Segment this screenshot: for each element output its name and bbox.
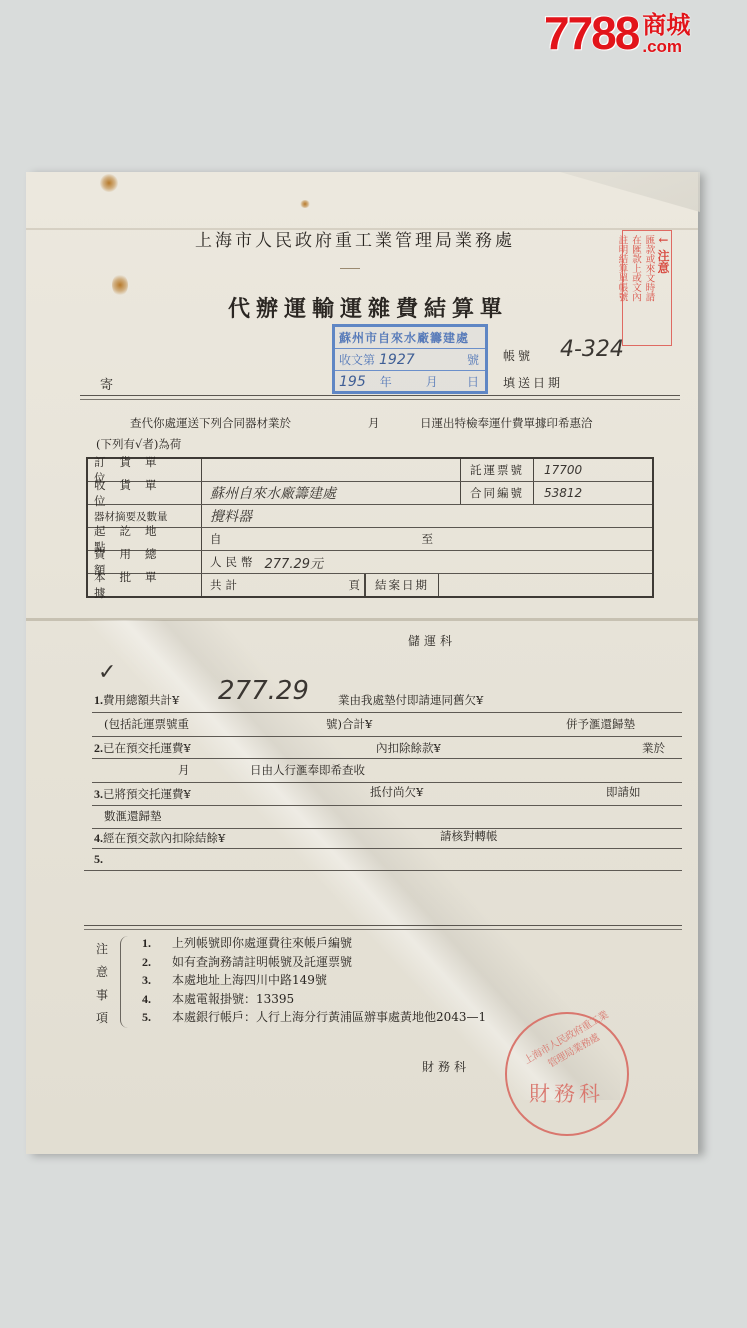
table-row: 收貨單位 蘇州自來水廠籌建處 合同編號 53812 (88, 482, 652, 505)
document-count-field[interactable]: 共計 頁 (202, 574, 365, 596)
intro-text-b: 日運出特檢奉運什費單據印希惠洽 (420, 415, 593, 431)
note-item: 5.本處銀行帳戶：人行上海分行黃浦區辦事處黃地他2043—1 (142, 1008, 486, 1027)
intro-text-line2: (下列有√者)為荷 (96, 436, 181, 452)
item-1-remit: 併予滙還歸墊 (566, 716, 635, 732)
received-stamp-date-row: 195 年 月 日 (335, 371, 485, 392)
row-label-receiving-unit: 收貨單位 (88, 482, 202, 504)
notice-stamp-line: 匯款或來文時請 (643, 235, 655, 341)
addressee-label: 寄 (100, 374, 113, 393)
watermark-number: 7788 (544, 10, 638, 56)
notes-list: 1.上列帳號即你處運費往來帳戶編號 2.如有查詢務請註明帳號及託運票號 3.本處… (142, 934, 486, 1027)
item-3-text-c: 即請如 (606, 784, 641, 800)
organization-name: 上海市人民政府重工業管理局業務處 (195, 226, 515, 251)
item-2-text-a: 2.已在預交托運費¥ (94, 740, 191, 756)
row-label-documents: 本批單據 (88, 574, 202, 596)
closing-date-label: 結案日期 (365, 574, 439, 596)
currency-label: 人民幣 (210, 554, 257, 570)
line-divider (92, 758, 682, 759)
line-divider (92, 848, 682, 849)
item-1-continuation: (包括託運票號重 (104, 716, 189, 732)
item-3-continuation: 數滙還歸墊 (104, 808, 162, 824)
route-to-label: 至 (422, 531, 434, 547)
total-cost-field[interactable]: 人民幣 277.29元 (202, 551, 652, 573)
line-divider (92, 805, 682, 806)
line-divider (92, 782, 682, 783)
item-2-continuation: 日由人行滙奉即希查收 (250, 762, 365, 778)
rust-stain (112, 274, 128, 296)
intro-month: 月 (368, 415, 380, 431)
item-1-text-b: 業由我處墊付即請連同舊欠¥ (338, 692, 483, 708)
notice-stamp-title: ↓ 注意 (657, 235, 669, 341)
account-number: 4-324 (560, 337, 624, 362)
site-watermark: 7788 商城 .com (544, 6, 690, 56)
item-1-subtotal: 號)合計¥ (326, 716, 372, 732)
check-mark-icon: ✓ (98, 660, 116, 685)
item-3-text-a: 3.已將預交托運費¥ (94, 786, 191, 802)
note-item: 3.本處地址上海四川中路149號 (142, 971, 486, 990)
received-stamp-number-row: 收文第 1927 號 (335, 349, 485, 371)
received-stamp: 蘇州市自來水廠籌建處 收文第 1927 號 195 年 月 日 (332, 324, 488, 394)
note-item: 2.如有查詢務請註明帳號及託運票號 (142, 953, 486, 972)
consignment-no-field[interactable]: 17700 (534, 459, 652, 481)
item-4-text-a: 4.經在預交款內扣除結餘¥ (94, 830, 225, 846)
notice-stamp: ↓ 注意 匯款或來文時請 在匯款上或文內 註明結算單帳號 (622, 230, 672, 346)
route-field[interactable]: 自 至 (202, 528, 652, 550)
line-divider (92, 712, 682, 713)
notes-heading: 注 意 事 項 (96, 940, 108, 1026)
fold-crease-middle (26, 618, 698, 621)
note-item: 1.上列帳號即你處運費往來帳戶編號 (142, 934, 486, 953)
line-divider (92, 736, 682, 737)
notice-stamp-line: 在匯款上或文內 (630, 235, 642, 341)
note-item: 4.本處電報掛號：13395 (142, 990, 486, 1009)
item-5-text: 5. (94, 852, 103, 867)
route-from-label: 自 (210, 531, 222, 547)
section-divider (84, 925, 682, 930)
item-1-amount[interactable]: 277.29 (218, 676, 309, 706)
finance-seal-center-text: 財務科 (529, 1078, 604, 1108)
item-2-month: 月 (178, 762, 190, 778)
details-table: 訂貨單位 託運票號 17700 收貨單位 蘇州自來水廠籌建處 合同編號 5381… (86, 457, 654, 598)
line-divider (92, 828, 682, 829)
finance-department-label: 財務科 (422, 1058, 470, 1075)
line-divider (84, 870, 682, 871)
watermark-domain: .com (642, 38, 690, 56)
fill-date-label: 填送日期 (503, 374, 563, 391)
contract-no-label: 合同編號 (460, 482, 534, 504)
equipment-summary-field[interactable]: 攪料器 (202, 505, 652, 527)
item-3-text-b: 抵付尚欠¥ (370, 784, 423, 800)
divider-mark (340, 268, 360, 269)
received-year: 195 (339, 374, 366, 390)
received-stamp-org: 蘇州市自來水廠籌建處 (335, 327, 485, 349)
header-divider (80, 395, 680, 400)
arrow-down-icon: ↓ (656, 235, 670, 245)
item-2-text-b: 內扣除餘款¥ (376, 740, 441, 756)
rust-stain (100, 174, 118, 192)
total-cost-value: 277.29元 (265, 553, 324, 572)
notes-brace (120, 936, 131, 1028)
consignment-no-label: 託運票號 (460, 459, 534, 481)
item-2-text-c: 業於 (642, 740, 665, 756)
ordering-unit-field[interactable] (202, 459, 460, 481)
received-number: 1927 (379, 352, 459, 368)
watermark-site-name: 商城 (642, 12, 690, 38)
closing-date-field[interactable] (439, 574, 652, 596)
finance-seal: 上海市人民政府重工業管理局業務處 財務科 (505, 1012, 629, 1136)
intro-text-a: 查代你處運送下列合同器材業於 (130, 415, 291, 431)
item-1-number: 1.費用總額共計¥ (94, 692, 179, 708)
account-label: 帳號 (503, 347, 533, 364)
document-title: 代辦運輸運雜費結算單 (228, 292, 508, 323)
item-4-text-b: 請核對轉帳 (440, 828, 498, 844)
contract-no-field[interactable]: 53812 (534, 482, 652, 504)
notice-stamp-line: 註明結算單帳號 (616, 235, 628, 341)
rust-stain (300, 200, 310, 208)
storage-section-title: 儲運科 (408, 632, 456, 649)
receiving-unit-field[interactable]: 蘇州自來水廠籌建處 (202, 482, 460, 504)
table-row: 本批單據 共計 頁 結案日期 (88, 574, 652, 596)
